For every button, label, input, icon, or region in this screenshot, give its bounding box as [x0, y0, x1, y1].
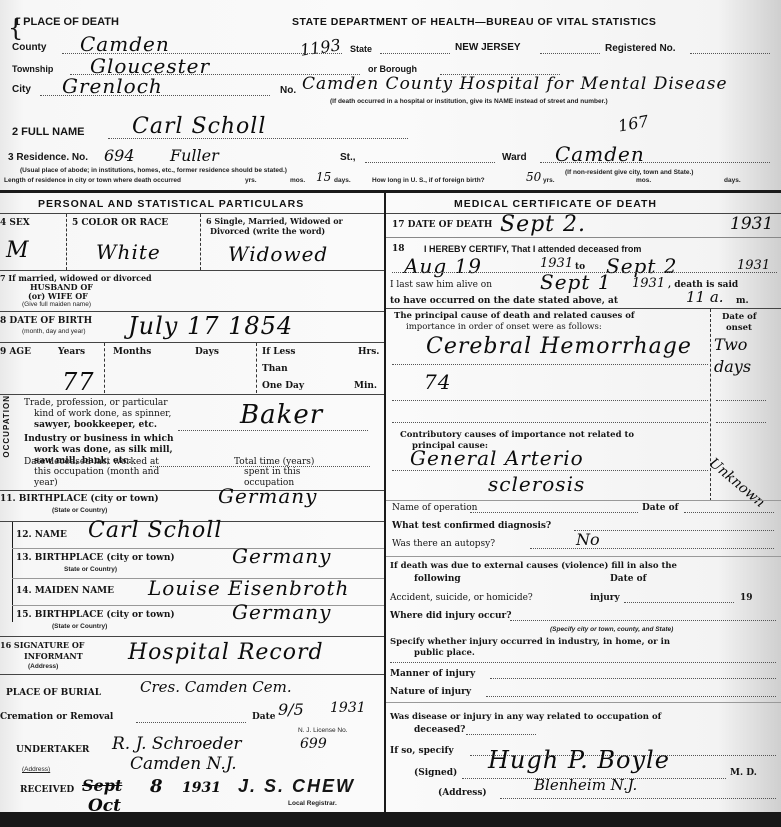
trade-label-3: sawyer, bookkeeper, etc.: [34, 420, 157, 430]
contributory-label-1: Contributory causes of importance not re…: [400, 430, 634, 440]
father-name-label: 12. NAME: [16, 530, 67, 540]
industry-label-1: Industry or business in which: [24, 434, 173, 444]
contributory-cause-1: General Arterio: [410, 446, 584, 470]
injury-year-label: 19: [740, 593, 753, 603]
test-label: What test confirmed diagnosis?: [392, 521, 551, 531]
residence-number: 694: [104, 146, 135, 165]
marital-label-1: 6 Single, Married, Widowed or: [206, 216, 343, 226]
occupation-related-label-1: Was disease or injury in any way related…: [390, 712, 661, 722]
age-months-label: Months: [113, 347, 151, 357]
mother-maiden-value: Louise Eisenbroth: [148, 576, 349, 600]
certify-number: 18: [392, 244, 405, 254]
occurred-label: to have occurred on the date stated abov…: [390, 296, 618, 306]
received-day: 8: [150, 776, 163, 797]
trade-label-1: Trade, profession, or particular: [24, 398, 168, 408]
signed-label: (Signed): [414, 768, 457, 778]
city-label: City: [12, 84, 31, 95]
no-label: No.: [280, 85, 296, 96]
license-label: N. J. License No.: [298, 727, 348, 734]
ward-label: Ward: [502, 152, 527, 163]
external-causes-label: If death was due to external causes (vio…: [390, 561, 677, 571]
informant-value: Hospital Record: [128, 640, 324, 665]
min-label: Min.: [354, 381, 377, 391]
received-year: 1931: [182, 780, 221, 796]
cause-label-2: importance in order of onset were as fol…: [406, 322, 602, 332]
place-of-death-heading: 1 PLACE OF DEATH: [14, 16, 119, 28]
attended-from-value: Aug 19: [404, 254, 482, 278]
undertaker-address-label: (Address): [22, 766, 50, 773]
margin-mark-74: 74: [424, 370, 451, 394]
us-years-value: 50: [526, 170, 541, 184]
informant-label-3: (Address): [28, 663, 58, 670]
institution-note: (If death occurred in a hospital or inst…: [330, 98, 608, 105]
marital-value: Widowed: [228, 242, 328, 266]
contributory-cause-2: sclerosis: [488, 472, 585, 496]
color-race-label: 5 COLOR OR RACE: [72, 218, 168, 228]
length-of-residence-label: Length of residence in city or town wher…: [4, 177, 181, 184]
dob-value: July 17 1854: [128, 312, 293, 340]
received-struck-month: Sept: [82, 776, 122, 795]
if-less-label-2: Than: [262, 364, 288, 374]
stamp-number: 1193: [299, 35, 342, 59]
following-label: following: [414, 574, 461, 584]
county-value: Camden: [80, 32, 170, 56]
registered-no-label: Registered No.: [605, 43, 676, 54]
last-worked-label-3: year): [34, 478, 58, 488]
undertaker-label: UNDERTAKER: [16, 745, 89, 755]
onset-header-1: Date of: [722, 312, 757, 322]
full-name-label: 2 FULL NAME: [12, 126, 85, 138]
principal-cause-value: Cerebral Hemorrhage: [426, 334, 692, 359]
borough-label: or Borough: [368, 64, 417, 74]
days-label: days.: [334, 177, 351, 184]
autopsy-label: Was there an autopsy?: [392, 539, 495, 549]
registrar-value: J. S. CHEW: [238, 776, 355, 797]
institution-value: Camden County Hospital for Mental Diseas…: [302, 74, 728, 94]
st-label: St.,: [340, 152, 356, 163]
specify-label-2: public place.: [414, 648, 475, 658]
birthplace-sublabel: (State or Country): [52, 507, 107, 514]
last-saw-label: I last saw him alive on: [390, 280, 492, 290]
age-label: 9 AGE: [0, 347, 31, 357]
medical-address-label: (Address): [438, 788, 487, 798]
license-value: 699: [300, 736, 327, 752]
received-label: RECEIVED: [20, 785, 74, 795]
residence-days-value: 15: [316, 170, 331, 184]
father-name-value: Carl Scholl: [88, 518, 222, 543]
time-value: 11 a.: [686, 288, 724, 306]
state-value: NEW JERSEY: [455, 42, 521, 53]
last-worked-label-1: Date deceased last worked at: [24, 457, 159, 467]
mos-label: mos.: [290, 177, 305, 184]
injury-label: injury: [590, 593, 620, 603]
sex-label: 4 SEX: [0, 218, 30, 228]
informant-label-1: 16 SIGNATURE OF: [0, 640, 84, 650]
dob-label: 8 DATE OF BIRTH: [0, 316, 92, 326]
burial-year-value: 1931: [330, 700, 366, 716]
county-label: County: [12, 42, 46, 53]
us-mos-label: mos.: [636, 177, 651, 184]
principal-onset-value: Two days: [714, 334, 774, 378]
birthplace-value: Germany: [218, 484, 317, 508]
occupation-related-label-2: deceased?: [414, 725, 465, 735]
registrar-label: Local Registrar.: [288, 800, 337, 807]
industry-label-2: work was done, as silk mill,: [34, 445, 173, 455]
full-name-value: Carl Scholl: [132, 114, 266, 139]
informant-label-2: INFORMANT: [24, 651, 83, 661]
if-less-label-1: If Less: [262, 347, 295, 357]
last-saw-value: Sept 1: [540, 270, 611, 294]
township-label: Township: [12, 64, 53, 74]
spouse-label-3: (or) WIFE OF: [28, 291, 88, 301]
last-worked-label-2: this occupation (month and: [34, 467, 159, 477]
dod-year: 1931: [730, 214, 773, 234]
margin-note-167: 167: [617, 111, 650, 135]
attended-to-value: Sept 2: [606, 254, 677, 278]
time-suffix: m.: [736, 296, 749, 306]
undertaker-address-value: Camden N.J.: [130, 754, 237, 774]
mother-birthplace-label: 15. BIRTHPLACE (city or town): [16, 610, 175, 620]
age-years-label: Years: [58, 347, 85, 357]
residence-label: 3 Residence. No.: [8, 152, 88, 163]
father-birthplace-value: Germany: [232, 544, 331, 568]
birthplace-label: 11. BIRTHPLACE (city or town): [0, 494, 159, 504]
manner-injury-label: Manner of injury: [390, 669, 475, 679]
medical-certificate-title: MEDICAL CERTIFICATE OF DEATH: [454, 198, 657, 210]
burial-place-value: Cres. Camden Cem.: [140, 678, 292, 696]
color-race-value: White: [96, 240, 161, 264]
cremation-label: Cremation or Removal: [0, 712, 113, 722]
mother-birthplace-value: Germany: [232, 600, 331, 624]
operation-label: Name of operation: [392, 503, 477, 513]
sex-value: M: [6, 238, 30, 263]
agency-title: STATE DEPARTMENT OF HEALTH—BUREAU OF VIT…: [292, 16, 656, 28]
last-saw-year: 1931: [632, 276, 665, 291]
yrs-label: yrs.: [245, 177, 257, 184]
state-label: State: [350, 44, 372, 54]
dob-sublabel: (month, day and year): [22, 328, 86, 335]
hrs-label: Hrs.: [358, 347, 379, 357]
personal-particulars-title: PERSONAL AND STATISTICAL PARTICULARS: [38, 198, 304, 210]
onset-header-2: onset: [726, 323, 752, 333]
trade-value: Baker: [240, 400, 323, 430]
total-time-label-2: spent in this: [244, 467, 300, 477]
death-certificate: { 1 PLACE OF DEATH STATE DEPARTMENT OF H…: [0, 0, 781, 827]
specify-label-1: Specify whether injury occurred in indus…: [390, 637, 670, 647]
medical-address-value: Blenheim N.J.: [534, 776, 637, 794]
external-date-of-label: Date of: [610, 574, 647, 584]
mother-birthplace-sublabel: (State or Country): [52, 623, 107, 630]
age-days-label: Days: [195, 347, 219, 357]
occupation-side-label: OCCUPATION: [2, 395, 11, 458]
burial-date-label: Date: [252, 712, 276, 722]
autopsy-value: No: [576, 530, 600, 549]
nonresident-note: (If non-resident give city, town and Sta…: [565, 169, 693, 176]
operation-date-label: Date of: [642, 503, 679, 513]
undertaker-value: R. J. Schroeder: [112, 734, 242, 754]
nature-injury-label: Nature of injury: [390, 687, 471, 697]
where-injury-note: (Specify city or town, county, and State…: [550, 626, 673, 633]
residence-street: Fuller: [170, 146, 219, 165]
usual-residence-note: (Usual place of abode; in institutions, …: [20, 167, 287, 174]
signed-value: Hugh P. Boyle: [488, 746, 670, 774]
dod-label: 17 DATE OF DEATH: [392, 220, 492, 230]
age-years-value: 77: [62, 368, 95, 396]
contributory-onset-value: Unknown: [706, 455, 768, 511]
attended-to-year: 1931: [737, 258, 770, 273]
md-label: M. D.: [730, 768, 757, 778]
dod-value: Sept 2.: [500, 212, 586, 237]
ward-value: Camden: [555, 142, 645, 166]
us-days-label: days.: [724, 177, 741, 184]
burial-date-value: 9/5: [278, 700, 304, 719]
us-residence-label: How long in U. S., if of foreign birth?: [372, 177, 485, 184]
if-so-label: If so, specify: [390, 746, 454, 756]
accident-label: Accident, suicide, or homicide?: [390, 593, 533, 603]
trade-label-2: kind of work done, as spinner,: [34, 409, 171, 419]
attended-from-year: 1931: [540, 256, 573, 271]
father-birthplace-label: 13. BIRTHPLACE (city or town): [16, 553, 175, 563]
if-less-label-3: One Day: [262, 381, 304, 391]
where-injury-label: Where did injury occur?: [390, 611, 512, 621]
marital-label-2: Divorced (write the word): [210, 226, 325, 236]
us-yrs-label: yrs.: [543, 177, 555, 184]
city-value: Grenloch: [62, 74, 163, 98]
mother-maiden-label: 14. MAIDEN NAME: [16, 586, 114, 596]
certify-text: I HEREBY CERTIFY, That I attended deceas…: [424, 244, 641, 254]
father-birthplace-sublabel: State or Country): [64, 566, 117, 573]
cause-label-1: The principal cause of death and related…: [394, 311, 635, 321]
burial-place-label: PLACE OF BURIAL: [6, 688, 101, 698]
spouse-label-4: (Give full maiden name): [22, 301, 91, 308]
total-time-label-1: Total time (years): [234, 457, 314, 467]
